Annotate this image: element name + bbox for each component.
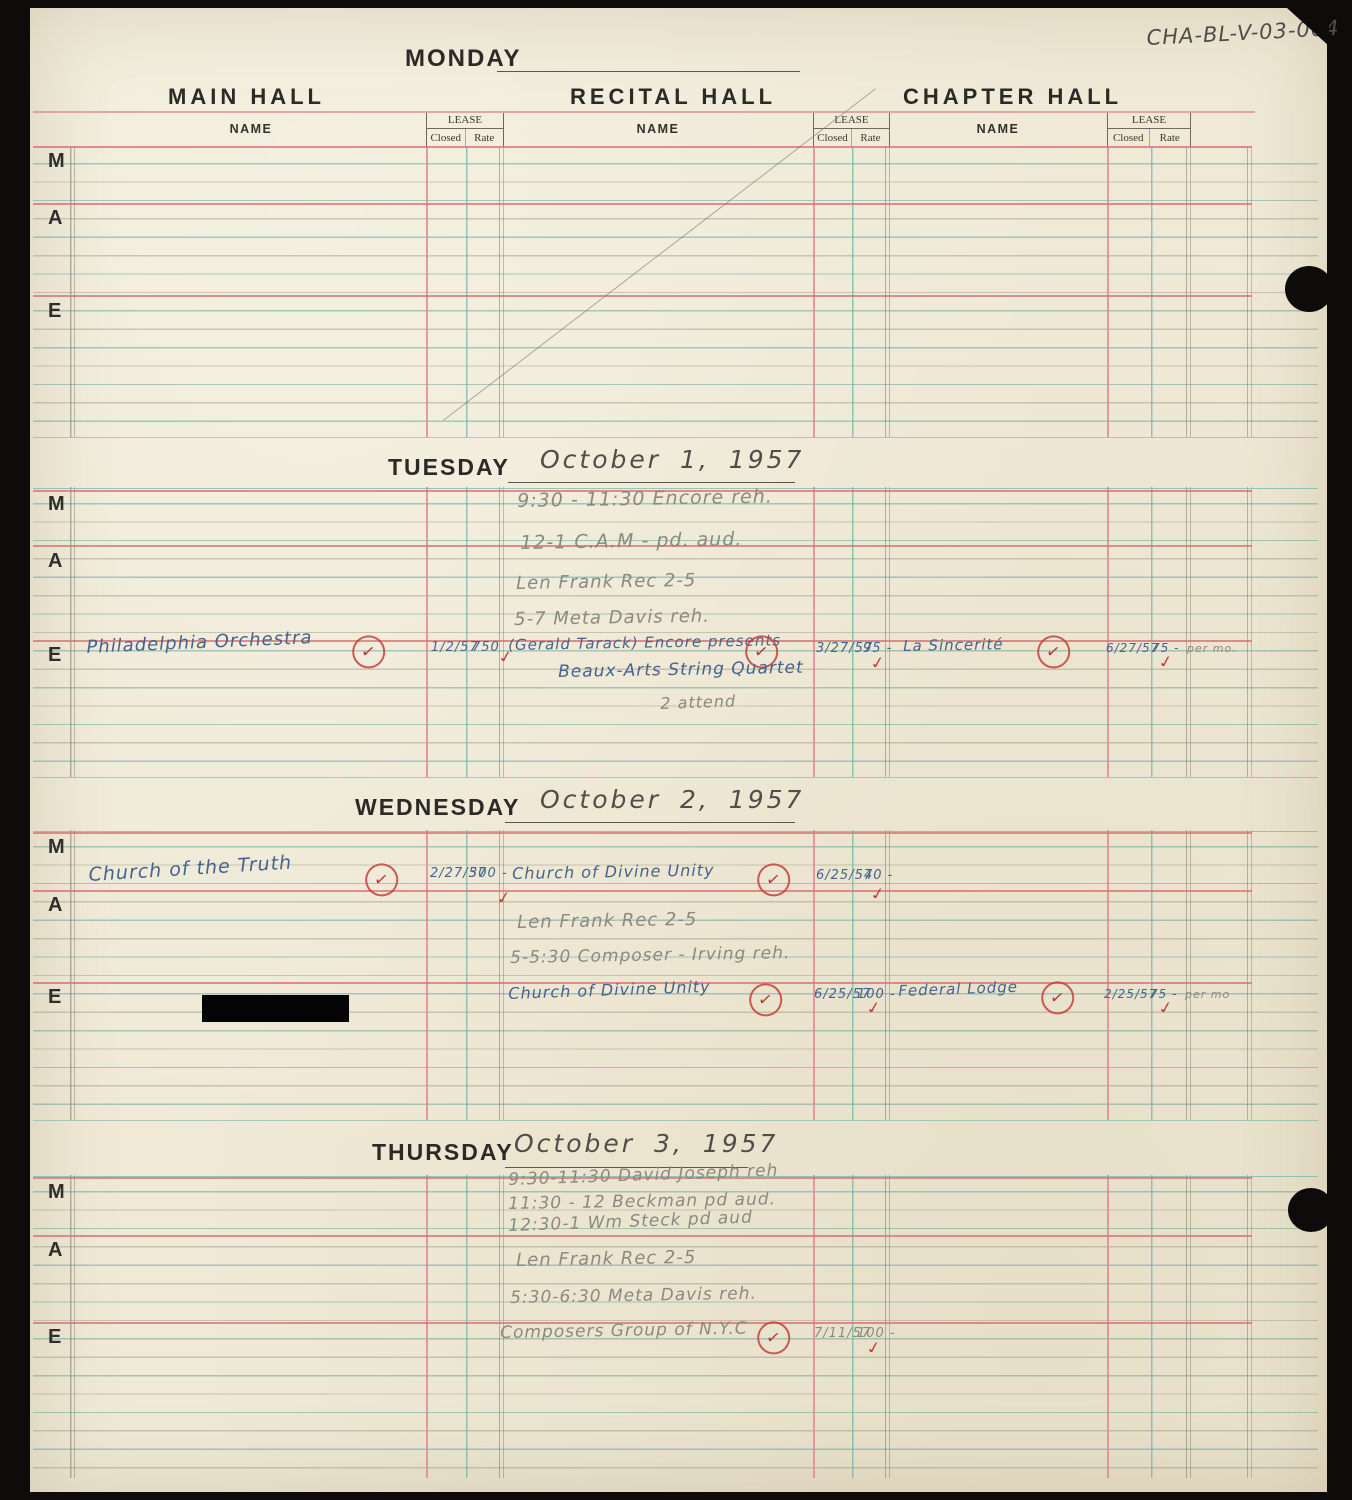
wed-recital-note-2: 5-5:30 Composer - Irving reh.: [510, 943, 790, 968]
checkmark-circle-icon: ✓: [747, 981, 785, 1019]
wed-recital-rate: 40 -: [864, 868, 893, 883]
wed-main-rate: 300 -: [469, 866, 508, 881]
tue-main-name: Philadelphia Orchestra: [86, 627, 313, 658]
tue-recital-note-1: 9:30 - 11:30 Encore reh.: [517, 486, 773, 512]
tue-recital-attend: 2 attend: [660, 691, 736, 713]
wed-recital-note-1: Len Frank Rec 2-5: [517, 909, 698, 933]
checkmark-circle-icon: ✓: [1039, 979, 1077, 1017]
checkmark-circle-icon: ✓: [363, 861, 401, 899]
tue-main-rate: 750: [472, 640, 500, 655]
scanned-ledger-page: MONDAY MAIN HALL RECITAL HALL CHAPTER HA…: [0, 0, 1352, 1500]
checkmark-circle-icon: ✓: [755, 861, 793, 899]
wed-chapter-per: per mo: [1185, 988, 1230, 1001]
wed-recital-name-2: Church of Divine Unity: [508, 977, 711, 1003]
stray-pencil-line: [443, 88, 876, 421]
checkmark-circle-icon: ✓: [350, 633, 388, 671]
tue-chapter-name: La Sincerité: [903, 635, 1004, 655]
wed-chapter-name: Federal Lodge: [898, 978, 1018, 1000]
thu-recital-note-5: 5:30-6:30 Meta Davis reh.: [510, 1284, 757, 1308]
annotations-layer: CHA-BL-V-03-0049:30 - 11:30 Encore reh.1…: [0, 0, 1352, 1500]
tue-recital-note-2: 12-1 C.A.M - pd. aud.: [520, 528, 743, 554]
wed-recital-name: Church of Divine Unity: [512, 860, 715, 883]
checkmark-circle-icon: ✓: [1035, 633, 1073, 671]
punch-hole: [1285, 266, 1333, 312]
tue-recital-name: (Gerald Tarack) Encore presents: [508, 631, 781, 654]
thu-recital-note-1: 9:30-11:30 David Joseph reh: [508, 1161, 779, 1190]
tue-chapter-per: per mo.: [1187, 642, 1237, 655]
thu-recital-note-4: Len Frank Rec 2-5: [516, 1247, 697, 1271]
tue-recital-note-4: 5-7 Meta Davis reh.: [514, 606, 710, 630]
tue-recital-note-3: Len Frank Rec 2-5: [516, 570, 697, 594]
tue-recital-name-2: Beaux-Arts String Quartet: [558, 658, 804, 682]
checkmark-circle-icon: ✓: [755, 1319, 793, 1357]
thu-recital-name: Composers Group of N.Y.C: [500, 1319, 748, 1343]
corner-tear: [1287, 8, 1329, 46]
punch-hole: [1288, 1188, 1334, 1232]
red-tick-icon: ✓: [494, 887, 515, 909]
wed-main-name: Church of the Truth: [88, 852, 293, 886]
redaction-box: [202, 995, 349, 1022]
red-tick-icon: ✓: [868, 883, 889, 905]
